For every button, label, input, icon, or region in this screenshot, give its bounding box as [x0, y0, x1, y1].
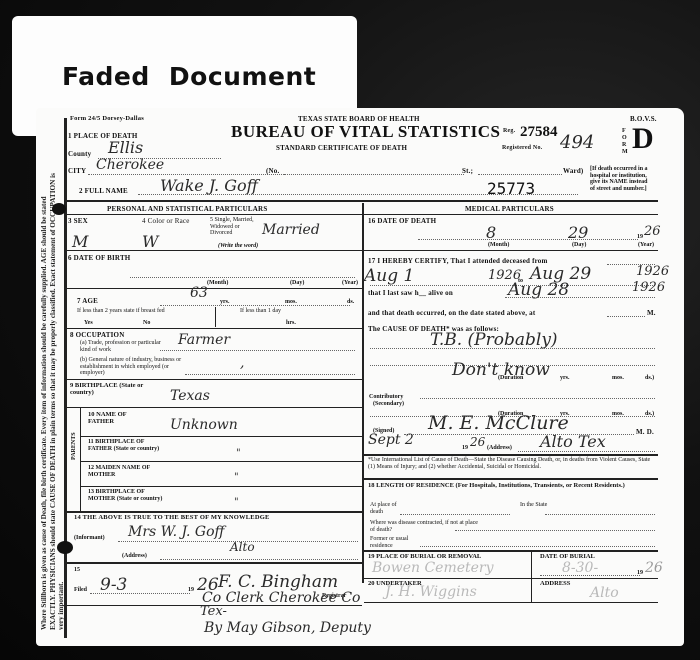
at-place-line — [400, 514, 510, 515]
row-rule — [64, 250, 362, 251]
undertaker-address-label: ADDRESS — [540, 581, 570, 588]
marital-label: 5 Single, Married, Widowed or Divorced — [210, 217, 258, 237]
filed-year-prefix: 19 — [188, 587, 194, 594]
occurred-line — [607, 316, 645, 317]
duration-mos-label: mos. — [612, 375, 624, 382]
occupation-b-label: (b) General nature of industry, business… — [80, 357, 190, 377]
filed-line — [90, 593, 190, 594]
parents-divider — [80, 407, 81, 512]
color-label: 4 Color or Race — [142, 217, 190, 225]
certify-text: 17 I HEREBY CERTIFY, That I attended dec… — [368, 257, 548, 265]
row-rule — [364, 478, 658, 480]
signed-year-prefix: 19 — [462, 445, 468, 452]
row-rule — [364, 578, 658, 579]
cause-line-1 — [370, 348, 655, 349]
registered-label: Registered No. — [502, 145, 542, 151]
medical-heading: MEDICAL PARTICULARS — [465, 205, 554, 213]
row-rule — [64, 379, 362, 380]
row-rule — [364, 602, 658, 603]
ward-line — [478, 174, 562, 175]
mother-birthplace-value: " — [234, 497, 239, 508]
breast-fed-label: If less than 2 years state if breast fed — [77, 308, 165, 315]
burial-divider — [531, 550, 532, 602]
informant-address-line — [160, 559, 358, 560]
attended-from: Aug 1 — [364, 266, 414, 286]
mother-maiden-label: 12 MAIDEN NAME OF MOTHER — [88, 465, 158, 478]
column-divider — [362, 203, 364, 583]
intl-note: *Use International List of Cause of Deat… — [368, 457, 654, 470]
county-label: County — [68, 150, 91, 158]
row-rule — [64, 407, 362, 408]
duration-yrs-label: yrs. — [560, 375, 570, 382]
form-code: D — [632, 122, 654, 156]
birthplace-label: 9 BIRTHPLACE (State or country) — [70, 383, 150, 396]
occupation-b-line — [185, 374, 355, 375]
bureau-title: BUREAU OF VITAL STATISTICS — [231, 122, 501, 142]
birthplace-value: Texas — [170, 388, 210, 404]
row-rule — [364, 550, 658, 552]
father-name-value: Unknown — [170, 417, 238, 433]
burial-date-line — [540, 575, 640, 576]
reg-number: 27584 — [520, 124, 558, 141]
burial-year-prefix: 19 — [637, 570, 643, 577]
signed-year: 26 — [470, 435, 485, 449]
in-state-label: In the State — [520, 502, 550, 509]
age-value: 63 — [190, 285, 208, 301]
burial-date-value: 8-30- — [562, 560, 598, 576]
stamped-number: 25773 — [487, 179, 535, 198]
occupation-b-value: , — [240, 355, 244, 371]
punch-hole-bottom — [57, 541, 73, 554]
occurred-m-label: M. — [647, 309, 656, 317]
full-name-value: Wake J. Goff — [160, 176, 258, 195]
margin-rule — [64, 118, 67, 638]
attended-to-year: 1926 — [636, 264, 669, 279]
residence-label: 18 LENGTH OF RESIDENCE (For Hospitals, I… — [368, 483, 658, 490]
filed-value: 9-3 — [100, 575, 127, 595]
signed-date: Sept 2 — [368, 432, 414, 448]
age-ds-label: ds. — [347, 299, 354, 306]
occupation-a-line — [160, 350, 355, 351]
mother-maiden-value: " — [234, 472, 239, 483]
filed-label: Filed — [74, 587, 87, 594]
row-rule — [80, 436, 362, 437]
marital-hint: (Write the word) — [218, 243, 258, 250]
dob-year-label: (Year) — [342, 280, 358, 287]
row-rule — [364, 454, 658, 456]
row-rule — [64, 328, 362, 329]
contracted-line — [455, 530, 655, 531]
undertaker-address-value: Alto — [590, 585, 619, 601]
former-residence-line — [420, 546, 655, 547]
registrar-signature: F. C. Bingham — [218, 572, 338, 592]
burial-year: 26 — [645, 560, 663, 576]
form-id: Form 24/5 Dorsey-Dallas — [70, 115, 144, 122]
informant-label: (Informant) — [74, 535, 105, 542]
reg-label: Reg. — [503, 128, 515, 134]
row-rule — [364, 250, 658, 251]
in-state-line — [545, 514, 655, 515]
age-yrs-label: yrs. — [220, 299, 230, 306]
father-birthplace-label: 11 BIRTHPLACE OF FATHER (State or countr… — [88, 439, 168, 452]
color-value: W — [142, 232, 158, 251]
form-letters: F O R M — [622, 128, 628, 156]
former-residence-label: Former or usual residence — [370, 536, 420, 549]
street-line — [284, 174, 464, 175]
contributory-line — [420, 398, 655, 399]
ward-label: Ward) — [563, 167, 583, 175]
last-saw-year: 1926 — [632, 280, 665, 295]
sex-label: 3 SEX — [68, 217, 88, 225]
row-rule — [80, 486, 362, 487]
filed-number: 15 — [74, 567, 80, 574]
dod-label: 16 DATE OF DEATH — [368, 217, 436, 225]
dod-month-label: (Month) — [488, 242, 509, 249]
age-label: 7 AGE — [77, 297, 98, 305]
hospital-note: [If death occurred in a hospital or inst… — [590, 166, 652, 192]
contributory-mos-label: mos. — [612, 411, 624, 418]
informant-address-label: (Address) — [122, 553, 147, 560]
personal-heading-rule — [64, 214, 362, 215]
doctor-address-line — [518, 451, 655, 452]
doctor-address-label: (Address) — [487, 445, 512, 452]
informant-value: Mrs W. J. Goff — [128, 524, 224, 540]
dod-year-prefix: 19 — [637, 234, 643, 241]
registrar-signature-line3: Tex- — [200, 604, 227, 619]
father-birthplace-value: " — [236, 448, 241, 459]
registrar-signature-line4: By May Gibson, Deputy — [204, 620, 371, 636]
dob-line — [130, 277, 355, 278]
certificate-title: STANDARD CERTIFICATE OF DEATH — [276, 144, 407, 152]
dob-day-label: (Day) — [290, 280, 304, 287]
doctor-address-value: Alto Tex — [540, 432, 606, 451]
medical-heading-rule — [364, 214, 658, 215]
dod-day-label: (Day) — [572, 242, 586, 249]
dob-label: 6 DATE OF BIRTH — [68, 254, 130, 262]
occupation-label: 8 OCCUPATION — [70, 331, 124, 339]
knowledge-label: 14 THE ABOVE IS TRUE TO THE BEST OF MY K… — [74, 514, 270, 521]
yes-label: Yes — [84, 320, 93, 327]
city-label: CITY — [68, 167, 86, 175]
no-label: No — [143, 320, 150, 327]
father-name-label: 10 NAME OF FATHER — [88, 412, 134, 425]
parents-label: PARENTS — [71, 432, 78, 460]
row-rule — [64, 288, 362, 289]
signed-value: M. E. McClure — [428, 412, 569, 434]
overlay-label-title: Faded Document — [62, 62, 316, 91]
md-label: M. D. — [636, 428, 654, 436]
personal-heading: PERSONAL AND STATISTICAL PARTICULARS — [107, 205, 267, 213]
contributory-ds-label: ds.) — [645, 411, 654, 418]
row-rule — [64, 562, 362, 564]
burial-value: Bowen Cemetery — [372, 560, 494, 576]
mother-birthplace-label: 13 BIRTHPLACE OF MOTHER (State or countr… — [88, 489, 168, 502]
full-name-label: 2 FULL NAME — [79, 187, 128, 195]
city-value: Cherokee — [96, 157, 164, 173]
undertaker-value: J. H. Wiggins — [385, 584, 477, 600]
informant-address-value: Alto — [230, 540, 255, 554]
occupation-a-label: (a) Trade, profession or particular kind… — [80, 340, 170, 353]
duration-label: (Duration — [498, 375, 523, 382]
last-saw-label: that I last saw h__ alive on — [368, 289, 453, 297]
dod-line — [418, 239, 638, 240]
last-saw-line — [505, 297, 655, 298]
secondary-label: (Secondary) — [373, 401, 404, 408]
county-value: Ellis — [108, 138, 143, 157]
age-line — [160, 305, 350, 306]
at-place-label: At place of death — [370, 502, 400, 515]
sex-value: M — [72, 232, 88, 251]
age-divider — [215, 307, 216, 327]
duration-ds-label: ds.) — [645, 375, 654, 382]
street-no-label: (No. — [266, 167, 279, 175]
age-mos-label: mos. — [285, 299, 297, 306]
occupation-a-value: Farmer — [178, 332, 230, 348]
marital-value: Married — [262, 222, 320, 238]
instructions-text: Where Stillborn is given as cause of Dea… — [40, 160, 66, 630]
registered-number: 494 — [560, 132, 594, 153]
dod-year: 26 — [644, 224, 661, 239]
contributory-label: Contributory — [369, 394, 403, 401]
dod-year-label: (Year) — [638, 242, 654, 249]
row-rule — [64, 511, 362, 513]
cause-value: T.B. (Probably) — [430, 330, 558, 350]
contracted-label: Where was disease contracted, if not at … — [370, 520, 482, 533]
row-rule — [80, 461, 362, 462]
occurred-label: and that death occurred, on the date sta… — [368, 309, 535, 317]
less-day-label: If less than 1 day — [240, 308, 281, 315]
header-divider — [64, 200, 658, 202]
street-label: St.; — [462, 167, 473, 175]
hrs-label: hrs. — [286, 320, 296, 327]
dob-month-label: (Month) — [207, 280, 228, 287]
